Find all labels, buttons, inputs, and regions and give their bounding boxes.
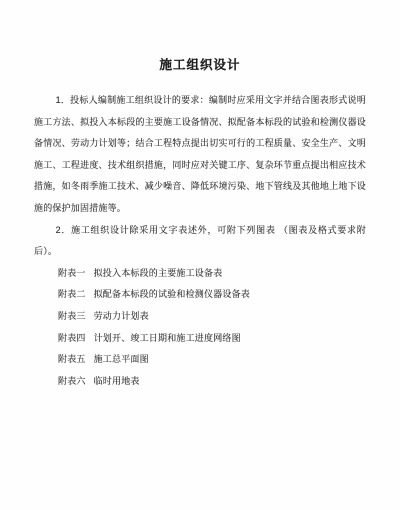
attachment-label: 附表六	[58, 371, 86, 393]
paragraph-requirements: 1．投标人编制施工组织设计的要求：编制时应采用文字并结合图表形式说明施工方法、拟…	[34, 90, 366, 220]
attachment-text: 劳动力计划表	[94, 311, 149, 321]
attachment-text: 临时用地表	[94, 376, 140, 386]
attachment-label: 附表一	[58, 263, 86, 285]
attachment-item-4: 附表四计划开、竣工日期和施工进度网络图	[58, 328, 366, 350]
document-body: 1．投标人编制施工组织设计的要求：编制时应采用文字并结合图表形式说明施工方法、拟…	[34, 90, 366, 392]
attachment-label: 附表四	[58, 328, 86, 350]
attachment-text: 计划开、竣工日期和施工进度网络图	[94, 333, 241, 343]
attachment-text: 拟配备本标段的试验和检测仪器设备表	[94, 289, 250, 299]
attachment-text: 拟投入本标段的主要施工设备表	[94, 268, 223, 278]
attachment-item-2: 附表二拟配备本标段的试验和检测仪器设备表	[58, 284, 366, 306]
attachment-label: 附表二	[58, 284, 86, 306]
document-page: 施工组织设计 1．投标人编制施工组织设计的要求：编制时应采用文字并结合图表形式说…	[0, 0, 400, 510]
attachment-label: 附表五	[58, 349, 86, 371]
attachment-item-3: 附表三劳动力计划表	[58, 306, 366, 328]
attachment-list: 附表一拟投入本标段的主要施工设备表 附表二拟配备本标段的试验和检测仪器设备表 附…	[34, 263, 366, 393]
paragraph-attached-charts-note: 2．施工组织设计除采用文字表述外，可附下列图表 （图表及格式要求附后）。	[34, 220, 366, 263]
attachment-text: 施工总平面图	[94, 354, 149, 364]
attachment-item-5: 附表五施工总平面图	[58, 349, 366, 371]
document-title: 施工组织设计	[0, 56, 400, 74]
attachment-item-1: 附表一拟投入本标段的主要施工设备表	[58, 263, 366, 285]
attachment-label: 附表三	[58, 306, 86, 328]
attachment-item-6: 附表六临时用地表	[58, 371, 366, 393]
